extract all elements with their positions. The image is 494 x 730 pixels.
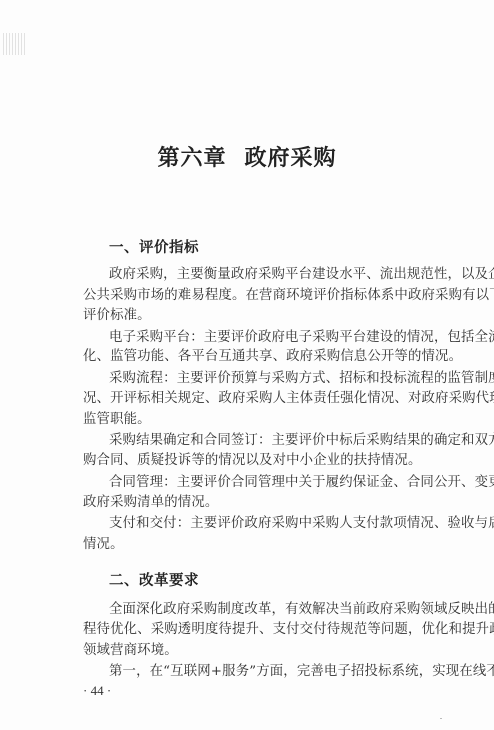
paragraph-line: 况、开评标相关规定、政府采购人主体责任强化情况、对政府采购代理机构的 [83, 389, 445, 409]
scan-speck [440, 718, 442, 719]
paragraph-line: 支付和交付：主要评价政府采购中采购人支付款项情况、验收与后期质保 [109, 514, 445, 534]
paragraph-line: 购合同、质疑投诉等的情况以及对中小企业的扶持情况。 [83, 451, 445, 471]
paragraph-line: 采购结果确定和合同签订：主要评价中标后采购结果的确定和双方签订采 [109, 431, 445, 451]
paragraph-line: 情况。 [83, 535, 445, 555]
paragraph-line: 全面深化政府采购制度改革，有效解决当前政府采购领域反映出的采购流 [109, 600, 445, 620]
paragraph-line: 评价标准。 [83, 306, 445, 326]
chapter-name: 政府采购 [245, 145, 337, 171]
section-heading-evaluation-indicators: 一、评价指标 [109, 236, 199, 257]
paragraph-line: 政府采购清单的情况。 [83, 493, 445, 513]
paragraph-line: 电子采购平台：主要评价政府电子采购平台建设的情况，包括全流程电子 [109, 328, 445, 348]
chapter-number: 第六章 [157, 145, 226, 171]
section-heading-reform-requirements: 二、改革要求 [109, 569, 199, 590]
paragraph-line: 第一，在“互联网+服务”方面，完善电子招投标系统，实现在线不见面 [109, 662, 445, 682]
page-number: · 44 · [83, 683, 111, 699]
paragraph-line: 程待优化、采购透明度待提升、支付交付待规范等问题，优化和提升政府采购 [83, 620, 445, 640]
paragraph-line: 合同管理：主要评价合同管理中关于履约保证金、合同公开、变更，以及 [109, 473, 445, 493]
scan-artifact [3, 33, 25, 55]
paragraph-line: 政府采购，主要衡量政府采购平台建设水平、流出规范性，以及企业进入 [109, 265, 445, 285]
paragraph-line: 公共采购市场的难易程度。在营商环境评价指标体系中政府采购有以下几个 [83, 286, 445, 306]
paragraph-line: 采购流程：主要评价预算与采购方式、招标和投标流程的监管制度建设情 [109, 369, 445, 389]
chapter-title: 第六章政府采购 [0, 141, 494, 172]
paragraph-line: 领域营商环境。 [83, 641, 445, 661]
paragraph-line: 监管职能。 [83, 410, 445, 430]
paragraph-line: 化、监管功能、各平台互通共享、政府采购信息公开等的情况。 [83, 347, 445, 367]
